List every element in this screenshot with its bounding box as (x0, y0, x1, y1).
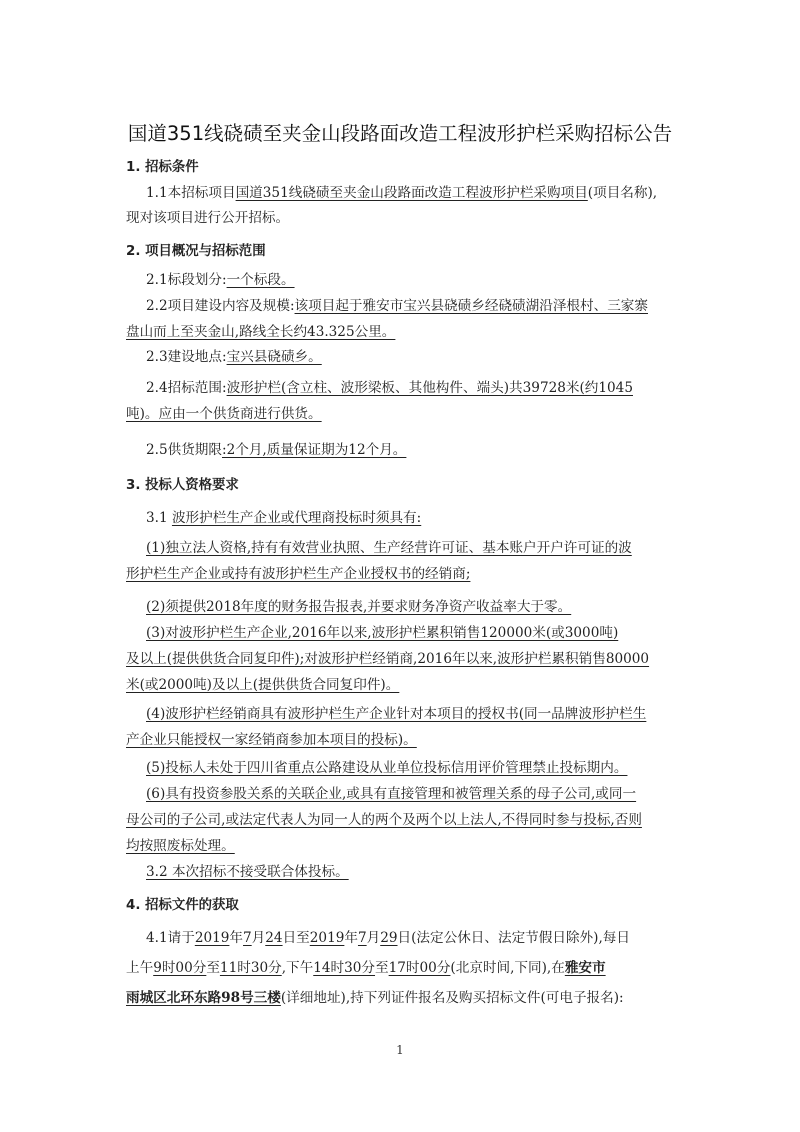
paragraph-2-3: 2.3建设地点:宝兴县硗碛乡。 (146, 347, 322, 367)
start-day: 24 (265, 930, 282, 946)
label: 2.1标段划分: (146, 272, 227, 288)
paragraph-2-2-cont: 盘山而上至夹金山,路线全长约43.325公里。 (126, 322, 395, 342)
requirement-1-cont: 形护栏生产企业或持有波形护栏生产企业授权书的经销商; (126, 564, 470, 584)
section-3-heading: 3. 投标人资格要求 (126, 476, 239, 496)
label: 2.3建设地点: (146, 349, 227, 365)
project-name: 国道351线硗碛至夹金山段路面改造工程波形护栏采购项目 (236, 185, 588, 201)
text: 年 (229, 930, 243, 946)
requirement-3: (3)对波形护栏生产企业,2016年以来,波形护栏累积销售120000米(或30… (146, 623, 618, 643)
paragraph-2-5: 2.5供货期限:2个月,质量保证期为12个月。 (146, 440, 406, 460)
paragraph-2-4-cont: 吨)。应由一个供货商进行供货。 (126, 404, 322, 424)
paragraph-2-4: 2.4招标范围:波形护栏(含立柱、波形梁板、其他构件、端头)共39728米(约1… (146, 378, 633, 398)
end-day: 29 (380, 930, 397, 946)
text: 至 (206, 960, 220, 976)
address: 雅安市 (565, 960, 606, 976)
address-cont: 雨城区北环东路98号三楼 (126, 990, 281, 1006)
page-number: 1 (0, 1043, 800, 1057)
requirement-4: (4)波形护栏经销商具有波形护栏生产企业针对本项目的授权书(同一品牌波形护栏生 (146, 704, 646, 724)
text: ,下午 (282, 960, 314, 976)
requirement-3-cont2: 米(或2000吨)及以上(提供供货合同复印件)。 (126, 675, 399, 695)
am-end-time: 11时30分 (220, 960, 282, 976)
text: 4.1请于 (146, 930, 195, 946)
end-month: 7 (358, 930, 367, 946)
value: 一个标段。 (227, 272, 295, 288)
start-year: 2019 (195, 930, 230, 946)
requirement-2: (2)须提供2018年度的财务报告报表,并要求财务净资产收益率大于零。 (146, 597, 571, 617)
value: 该项目起于雅安市宝兴县硗碛乡经硗碛湖沿泽根村、三家寨 (295, 298, 648, 314)
section-1-heading: 1. 招标条件 (126, 158, 199, 178)
text: (项目名称), (588, 185, 657, 201)
start-month: 7 (243, 930, 252, 946)
text: 至 (375, 960, 389, 976)
requirement-5: (5)投标人未处于四川省重点公路建设从业单位投标信用评价管理禁止投标期内。 (146, 758, 627, 778)
label: 2.4招标范围: (146, 380, 227, 396)
paragraph-3-2: 3.2 本次招标不接受联合体投标。 (146, 862, 349, 882)
label: 3.1 (146, 510, 168, 526)
text: 月 (252, 930, 266, 946)
text: (详细地址),持下列证件报名及购买招标文件(可电子报名): (281, 990, 624, 1006)
requirement-4-cont: 产企业只能授权一家经销商参加本项目的投标)。 (126, 730, 417, 750)
pm-end-time: 17时00分 (389, 960, 451, 976)
requirement-6-cont2: 均按照废标处理。 (126, 836, 235, 856)
text: 1.1本招标项目 (146, 185, 236, 201)
value: 波形护栏(含立柱、波形梁板、其他构件、端头)共39728米(约1045 (227, 380, 633, 396)
text: 年 (344, 930, 358, 946)
paragraph-4-1-cont1: 上午9时00分至11时30分,下午14时30分至17时00分(北京时间,下同),… (126, 958, 606, 978)
text: (北京时间,下同),在 (450, 960, 564, 976)
text: 上午 (126, 960, 153, 976)
section-4-heading: 4. 招标文件的获取 (126, 896, 239, 916)
requirement-6: (6)具有投资参股关系的关联企业,或具有直接管理和被管理关系的母子公司,或同一 (146, 784, 636, 804)
pm-start-time: 14时30分 (313, 960, 375, 976)
document-title: 国道351线硗碛至夹金山段路面改造工程波形护栏采购招标公告 (0, 118, 800, 146)
requirement-6-cont1: 母公司的子公司,或法定代表人为同一人的两个及两个以上法人,不得同时参与投标,否则 (126, 810, 642, 830)
end-year: 2019 (310, 930, 345, 946)
paragraph-3-1: 3.1 波形护栏生产企业或代理商投标时须具有: (146, 508, 421, 528)
paragraph-4-1: 4.1请于2019年7月24日至2019年7月29日(法定公休日、法定节假日除外… (146, 928, 630, 948)
text: 月 (367, 930, 381, 946)
value: :2个月,质量保证期为12个月。 (222, 442, 406, 458)
text: 日至 (283, 930, 310, 946)
paragraph-2-2: 2.2项目建设内容及规模:该项目起于雅安市宝兴县硗碛乡经硗碛湖沿泽根村、三家寨 (146, 296, 648, 316)
section-2-heading: 2. 项目概况与招标范围 (126, 242, 266, 262)
value: 宝兴县硗碛乡。 (227, 349, 322, 365)
requirement-1: (1)独立法人资格,持有有效营业执照、生产经营许可证、基本账户开户许可证的波 (146, 538, 632, 558)
label: 2.5供货期限 (146, 442, 222, 458)
label: 2.2项目建设内容及规模: (146, 298, 295, 314)
paragraph-4-1-cont2: 雨城区北环东路98号三楼(详细地址),持下列证件报名及购买招标文件(可电子报名)… (126, 988, 624, 1008)
paragraph-2-1: 2.1标段划分:一个标段。 (146, 270, 295, 290)
document-page: 国道351线硗碛至夹金山段路面改造工程波形护栏采购招标公告 1. 招标条件 1.… (0, 0, 800, 1132)
requirement-3-cont1: 及以上(提供供货合同复印件);对波形护栏经销商,2016年以来,波形护栏累积销售… (126, 649, 649, 669)
value: 波形护栏生产企业或代理商投标时须具有: (172, 510, 421, 526)
am-start-time: 9时00分 (153, 960, 206, 976)
text: 日(法定公休日、法定节假日除外),每日 (398, 930, 630, 946)
paragraph-1-1: 1.1本招标项目国道351线硗碛至夹金山段路面改造工程波形护栏采购项目(项目名称… (146, 183, 657, 203)
paragraph-1-1-cont: 现对该项目进行公开招标。 (126, 208, 289, 228)
